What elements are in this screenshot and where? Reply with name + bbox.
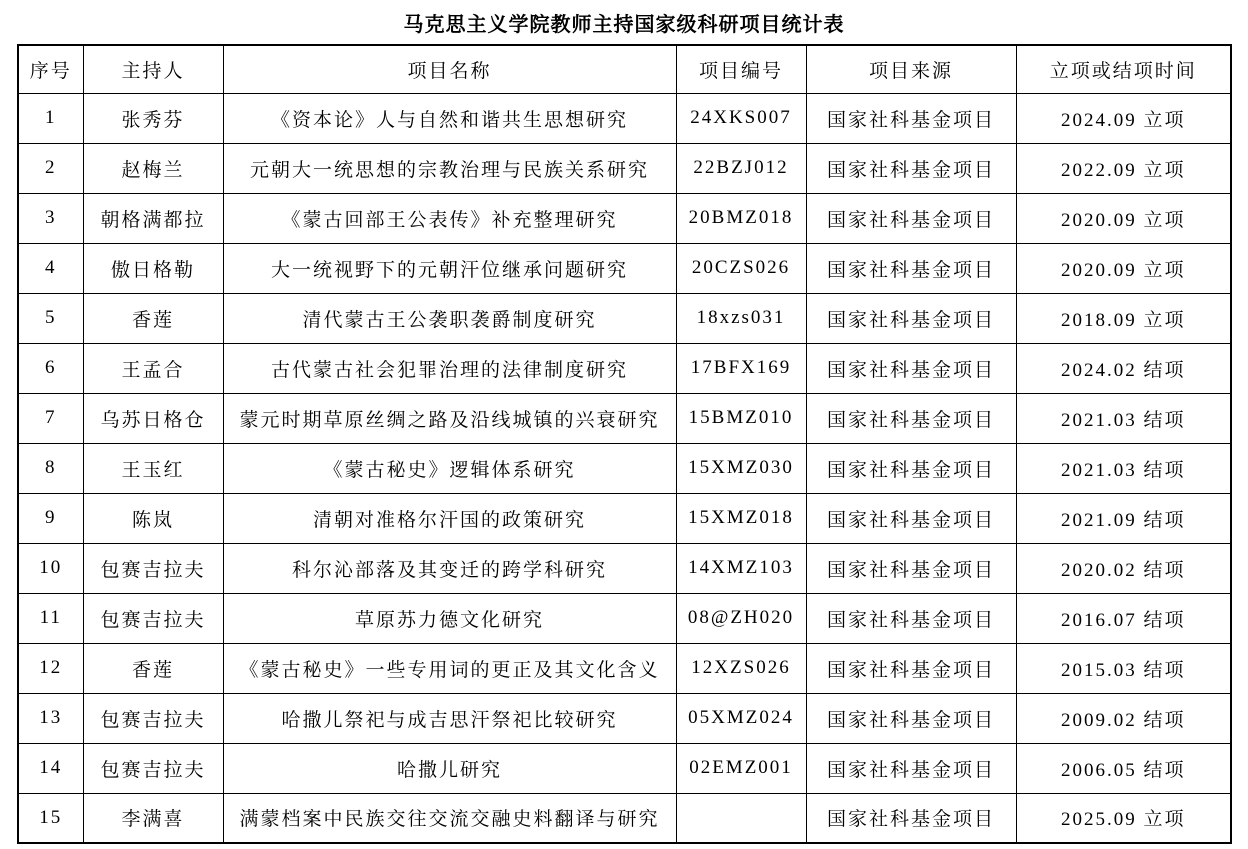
table-row: 11包赛吉拉夫草原苏力德文化研究08@ZH020国家社科基金项目2016.07 … — [18, 593, 1231, 643]
cell-project-name: 哈撒儿祭祀与成吉思汗祭祀比较研究 — [223, 693, 676, 743]
cell-project-time: 2020.09 立项 — [1016, 193, 1231, 243]
cell-project-source: 国家社科基金项目 — [806, 693, 1016, 743]
document-page: 马克思主义学院教师主持国家级科研项目统计表 序号 主持人 项目名称 项目编号 项… — [0, 0, 1248, 849]
cell-host: 包赛吉拉夫 — [83, 693, 223, 743]
cell-project-name: 古代蒙古社会犯罪治理的法律制度研究 — [223, 343, 676, 393]
table-row: 3朝格满都拉《蒙古回部王公表传》补充整理研究20BMZ018国家社科基金项目20… — [18, 193, 1231, 243]
cell-project-name: 蒙元时期草原丝绸之路及沿线城镇的兴衰研究 — [223, 393, 676, 443]
cell-project-code: 15XMZ018 — [676, 493, 806, 543]
cell-project-code: 22BZJ012 — [676, 143, 806, 193]
table-row: 9陈岚清朝对准格尔汗国的政策研究15XMZ018国家社科基金项目2021.09 … — [18, 493, 1231, 543]
cell-project-source: 国家社科基金项目 — [806, 343, 1016, 393]
projects-table: 序号 主持人 项目名称 项目编号 项目来源 立项或结项时间 1张秀芬《资本论》人… — [17, 44, 1232, 844]
cell-host: 包赛吉拉夫 — [83, 543, 223, 593]
cell-project-source: 国家社科基金项目 — [806, 393, 1016, 443]
cell-project-time: 2021.03 结项 — [1016, 393, 1231, 443]
cell-project-code: 02EMZ001 — [676, 743, 806, 793]
table-row: 8王玉红《蒙古秘史》逻辑体系研究15XMZ030国家社科基金项目2021.03 … — [18, 443, 1231, 493]
cell-host: 乌苏日格仓 — [83, 393, 223, 443]
cell-seq: 8 — [18, 443, 83, 493]
table-row: 15李满喜满蒙档案中民族交往交流交融史料翻译与研究国家社科基金项目2025.09… — [18, 793, 1231, 843]
cell-host: 张秀芬 — [83, 93, 223, 143]
cell-project-source: 国家社科基金项目 — [806, 443, 1016, 493]
cell-seq: 12 — [18, 643, 83, 693]
cell-project-source: 国家社科基金项目 — [806, 293, 1016, 343]
cell-host: 包赛吉拉夫 — [83, 743, 223, 793]
cell-project-source: 国家社科基金项目 — [806, 493, 1016, 543]
cell-project-source: 国家社科基金项目 — [806, 743, 1016, 793]
cell-project-time: 2020.02 结项 — [1016, 543, 1231, 593]
cell-project-name: 科尔沁部落及其变迁的跨学科研究 — [223, 543, 676, 593]
table-row: 14包赛吉拉夫哈撒儿研究02EMZ001国家社科基金项目2006.05 结项 — [18, 743, 1231, 793]
cell-seq: 7 — [18, 393, 83, 443]
cell-project-name: 元朝大一统思想的宗教治理与民族关系研究 — [223, 143, 676, 193]
cell-project-code: 20CZS026 — [676, 243, 806, 293]
table-row: 5香莲清代蒙古王公袭职袭爵制度研究18xzs031国家社科基金项目2018.09… — [18, 293, 1231, 343]
cell-project-time: 2015.03 结项 — [1016, 643, 1231, 693]
cell-project-name: 大一统视野下的元朝汗位继承问题研究 — [223, 243, 676, 293]
table-row: 13包赛吉拉夫哈撒儿祭祀与成吉思汗祭祀比较研究05XMZ024国家社科基金项目2… — [18, 693, 1231, 743]
cell-host: 王孟合 — [83, 343, 223, 393]
cell-host: 傲日格勒 — [83, 243, 223, 293]
cell-project-time: 2006.05 结项 — [1016, 743, 1231, 793]
table-row: 6王孟合古代蒙古社会犯罪治理的法律制度研究17BFX169国家社科基金项目202… — [18, 343, 1231, 393]
cell-project-time: 2020.09 立项 — [1016, 243, 1231, 293]
cell-project-time: 2025.09 立项 — [1016, 793, 1231, 843]
cell-project-name: 清朝对准格尔汗国的政策研究 — [223, 493, 676, 543]
cell-project-source: 国家社科基金项目 — [806, 93, 1016, 143]
table-row: 7乌苏日格仓蒙元时期草原丝绸之路及沿线城镇的兴衰研究15BMZ010国家社科基金… — [18, 393, 1231, 443]
table-row: 4傲日格勒大一统视野下的元朝汗位继承问题研究20CZS026国家社科基金项目20… — [18, 243, 1231, 293]
cell-project-code: 20BMZ018 — [676, 193, 806, 243]
cell-project-code: 08@ZH020 — [676, 593, 806, 643]
header-project-time: 立项或结项时间 — [1016, 45, 1231, 93]
cell-project-name: 《蒙古回部王公表传》补充整理研究 — [223, 193, 676, 243]
cell-seq: 4 — [18, 243, 83, 293]
cell-project-time: 2024.02 结项 — [1016, 343, 1231, 393]
cell-project-time: 2021.03 结项 — [1016, 443, 1231, 493]
table-row: 12香莲《蒙古秘史》一些专用词的更正及其文化含义12XZS026国家社科基金项目… — [18, 643, 1231, 693]
table-row: 1张秀芬《资本论》人与自然和谐共生思想研究24XKS007国家社科基金项目202… — [18, 93, 1231, 143]
cell-project-time: 2024.09 立项 — [1016, 93, 1231, 143]
header-project-code: 项目编号 — [676, 45, 806, 93]
cell-project-name: 《资本论》人与自然和谐共生思想研究 — [223, 93, 676, 143]
cell-project-source: 国家社科基金项目 — [806, 143, 1016, 193]
cell-seq: 6 — [18, 343, 83, 393]
cell-project-source: 国家社科基金项目 — [806, 593, 1016, 643]
cell-host: 李满喜 — [83, 793, 223, 843]
cell-project-time: 2018.09 立项 — [1016, 293, 1231, 343]
cell-project-name: 哈撒儿研究 — [223, 743, 676, 793]
cell-project-name: 《蒙古秘史》一些专用词的更正及其文化含义 — [223, 643, 676, 693]
cell-project-code — [676, 793, 806, 843]
header-host: 主持人 — [83, 45, 223, 93]
cell-project-code: 15BMZ010 — [676, 393, 806, 443]
cell-seq: 14 — [18, 743, 83, 793]
page-title: 马克思主义学院教师主持国家级科研项目统计表 — [0, 8, 1248, 37]
cell-host: 香莲 — [83, 643, 223, 693]
cell-seq: 15 — [18, 793, 83, 843]
cell-seq: 5 — [18, 293, 83, 343]
cell-project-time: 2021.09 结项 — [1016, 493, 1231, 543]
cell-project-code: 12XZS026 — [676, 643, 806, 693]
cell-host: 陈岚 — [83, 493, 223, 543]
cell-project-code: 24XKS007 — [676, 93, 806, 143]
cell-project-time: 2022.09 立项 — [1016, 143, 1231, 193]
table-row: 2赵梅兰元朝大一统思想的宗教治理与民族关系研究22BZJ012国家社科基金项目2… — [18, 143, 1231, 193]
table-row: 10包赛吉拉夫科尔沁部落及其变迁的跨学科研究14XMZ103国家社科基金项目20… — [18, 543, 1231, 593]
cell-project-code: 14XMZ103 — [676, 543, 806, 593]
cell-project-source: 国家社科基金项目 — [806, 243, 1016, 293]
cell-seq: 10 — [18, 543, 83, 593]
cell-project-name: 满蒙档案中民族交往交流交融史料翻译与研究 — [223, 793, 676, 843]
cell-seq: 11 — [18, 593, 83, 643]
cell-project-code: 18xzs031 — [676, 293, 806, 343]
cell-host: 香莲 — [83, 293, 223, 343]
cell-host: 包赛吉拉夫 — [83, 593, 223, 643]
cell-seq: 3 — [18, 193, 83, 243]
table-header-row: 序号 主持人 项目名称 项目编号 项目来源 立项或结项时间 — [18, 45, 1231, 93]
cell-project-source: 国家社科基金项目 — [806, 793, 1016, 843]
cell-project-code: 17BFX169 — [676, 343, 806, 393]
cell-project-code: 05XMZ024 — [676, 693, 806, 743]
cell-project-code: 15XMZ030 — [676, 443, 806, 493]
cell-host: 朝格满都拉 — [83, 193, 223, 243]
header-seq: 序号 — [18, 45, 83, 93]
cell-host: 赵梅兰 — [83, 143, 223, 193]
cell-project-time: 2016.07 结项 — [1016, 593, 1231, 643]
cell-project-name: 清代蒙古王公袭职袭爵制度研究 — [223, 293, 676, 343]
cell-project-source: 国家社科基金项目 — [806, 643, 1016, 693]
cell-seq: 1 — [18, 93, 83, 143]
cell-project-source: 国家社科基金项目 — [806, 193, 1016, 243]
cell-project-source: 国家社科基金项目 — [806, 543, 1016, 593]
cell-seq: 2 — [18, 143, 83, 193]
cell-project-time: 2009.02 结项 — [1016, 693, 1231, 743]
cell-project-name: 《蒙古秘史》逻辑体系研究 — [223, 443, 676, 493]
header-project-name: 项目名称 — [223, 45, 676, 93]
cell-host: 王玉红 — [83, 443, 223, 493]
cell-seq: 9 — [18, 493, 83, 543]
cell-project-name: 草原苏力德文化研究 — [223, 593, 676, 643]
cell-seq: 13 — [18, 693, 83, 743]
header-project-source: 项目来源 — [806, 45, 1016, 93]
table-body: 1张秀芬《资本论》人与自然和谐共生思想研究24XKS007国家社科基金项目202… — [18, 93, 1231, 843]
